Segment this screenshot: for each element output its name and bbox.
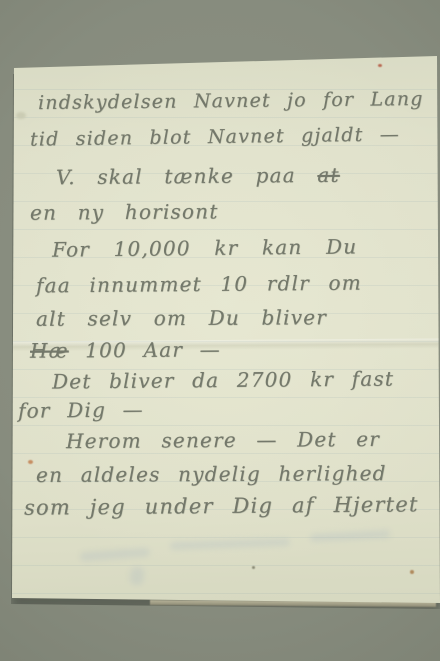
stain-dot — [410, 570, 414, 574]
line-text: indskydelsen Navnet jo for Lang — [38, 88, 424, 114]
handwritten-line: for Dig — — [18, 397, 144, 422]
line-text: 100 Aar — — [69, 337, 221, 362]
struck-word: Hæ — [30, 338, 69, 362]
line-text: en ny horisont — [30, 199, 219, 224]
line-text: Herom senere — Det er — [66, 427, 380, 453]
handwritten-line: faa innummet 10 rdlr om — [36, 271, 362, 298]
line-text: For 10,000 kr kan Du — [52, 234, 358, 261]
line-text: V. skal tænke paa — [56, 163, 318, 189]
photo-background: indskydelsen Navnet jo for Lang tid side… — [0, 0, 440, 661]
handwritten-line: Det bliver da 2700 kr fast — [52, 367, 394, 394]
handwritten-line: Hæ 100 Aar — — [30, 337, 221, 362]
handwritten-line: en ny horisont — [30, 199, 219, 224]
handwritten-line: V. skal tænke paa at — [56, 163, 340, 189]
handwritten-line: For 10,000 kr kan Du — [52, 234, 358, 261]
handwritten-line: som jeg under Dig af Hjertet — [24, 492, 419, 519]
line-text: Det bliver da 2700 kr fast — [52, 367, 394, 394]
line-text: for Dig — — [18, 397, 144, 422]
handwritten-line: en aldeles nydelig herlighed — [36, 461, 387, 487]
struck-word: at — [317, 163, 340, 187]
letter-paper: indskydelsen Navnet jo for Lang tid side… — [10, 52, 440, 608]
stain-dot — [252, 566, 255, 569]
handwritten-line: alt selv om Du bliver — [36, 305, 327, 331]
handwritten-line: indskydelsen Navnet jo for Lang — [38, 88, 424, 114]
stain-dot — [16, 112, 26, 119]
line-text: som jeg under Dig af Hjertet — [24, 492, 419, 519]
line-text: alt selv om Du bliver — [36, 305, 327, 331]
handwritten-line: Herom senere — Det er — [66, 427, 380, 453]
stain-dot — [28, 460, 33, 464]
stain-dot — [378, 64, 382, 67]
line-text: faa innummet 10 rdlr om — [36, 271, 362, 298]
line-text: en aldeles nydelig herlighed — [36, 461, 387, 487]
